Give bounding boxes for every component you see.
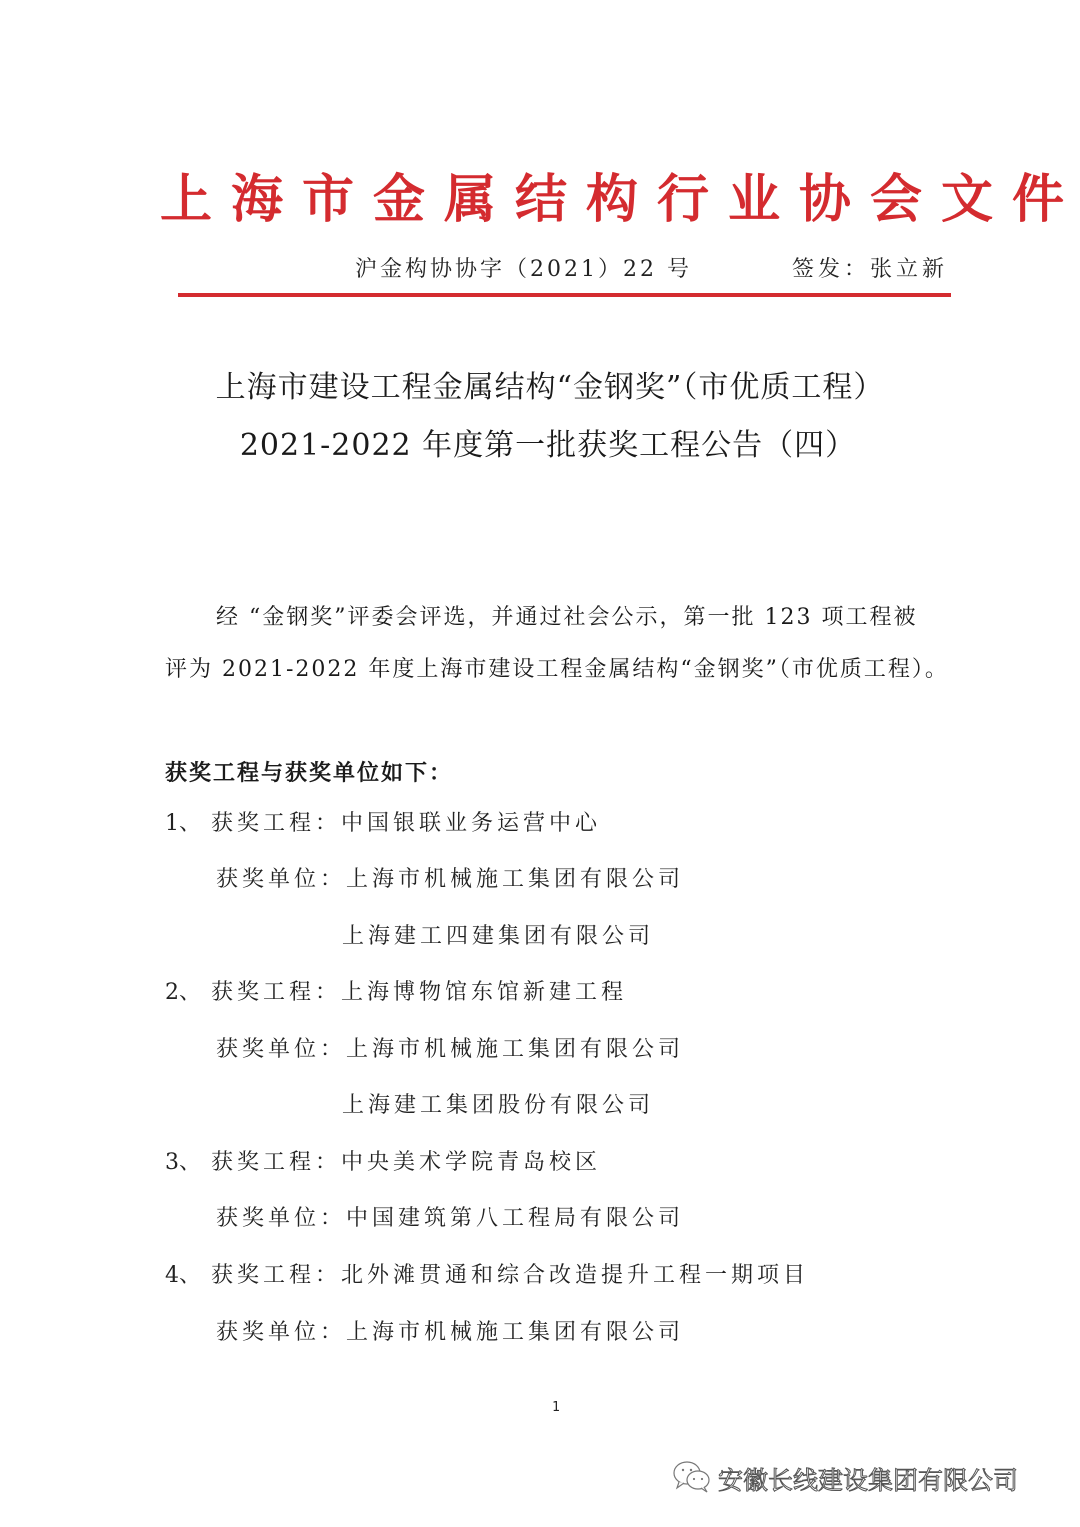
intro-paragraph-line1: 经 “金钢奖”评委会评选，并通过社会公示，第一批 123 项工程被: [216, 600, 917, 631]
award-project-row: 4、获奖工程：北外滩贯通和综合改造提升工程一期项目: [165, 1258, 809, 1289]
project-name: 上海博物馆东馆新建工程: [341, 980, 627, 1005]
document-title-line1: 上海市建设工程金属结构“金钢奖”（市优质工程）: [10, 362, 1080, 406]
award-unit-row: 获奖单位：上海市机械施工集团有限公司: [216, 1315, 684, 1346]
unit-label: 获奖单位：: [216, 1037, 346, 1062]
award-project-row: 1、获奖工程：中国银联业务运营中心: [165, 806, 601, 837]
project-label: 获奖工程：: [211, 1150, 341, 1175]
header-divider: [178, 293, 951, 297]
unit-label: 获奖单位：: [216, 1320, 346, 1345]
page-number: 1: [552, 1400, 560, 1415]
intro-paragraph-line2: 评为 2021-2022 年度上海市建设工程金属结构“金钢奖”（市优质工程）。: [165, 652, 949, 683]
project-label: 获奖工程：: [211, 980, 341, 1005]
award-unit-row: 上海建工集团股份有限公司: [342, 1088, 654, 1119]
project-name: 北外滩贯通和综合改造提升工程一期项目: [341, 1263, 809, 1288]
source-watermark: 安徽长线建设集团有限公司: [672, 1460, 1018, 1498]
document-number: 沪金构协协字（2021）22 号: [355, 252, 692, 283]
award-unit-row: 获奖单位：中国建筑第八工程局有限公司: [216, 1201, 684, 1232]
document-page: 上海市金属结构行业协会文件 沪金构协协字（2021）22 号 签发：张立新 上海…: [0, 0, 1080, 1527]
award-index: 1、: [165, 806, 211, 837]
unit-name: 中国建筑第八工程局有限公司: [346, 1206, 684, 1231]
unit-name: 上海建工集团股份有限公司: [342, 1093, 654, 1118]
unit-name: 上海市机械施工集团有限公司: [346, 867, 684, 892]
award-index: 3、: [165, 1145, 211, 1176]
unit-name: 上海市机械施工集团有限公司: [346, 1320, 684, 1345]
unit-name: 上海市机械施工集团有限公司: [346, 1037, 684, 1062]
unit-label: 获奖单位：: [216, 867, 346, 892]
section-heading: 获奖工程与获奖单位如下：: [165, 756, 453, 787]
project-name: 中央美术学院青岛校区: [341, 1150, 601, 1175]
award-project-row: 2、获奖工程：上海博物馆东馆新建工程: [165, 975, 627, 1006]
award-index: 4、: [165, 1258, 211, 1289]
award-project-row: 3、获奖工程：中央美术学院青岛校区: [165, 1145, 601, 1176]
award-unit-row: 获奖单位：上海市机械施工集团有限公司: [216, 1032, 684, 1063]
project-label: 获奖工程：: [211, 811, 341, 836]
award-index: 2、: [165, 975, 211, 1006]
award-unit-row: 获奖单位：上海市机械施工集团有限公司: [216, 862, 684, 893]
unit-label: 获奖单位：: [216, 1206, 346, 1231]
signer: 签发：张立新: [792, 252, 948, 283]
watermark-text: 安徽长线建设集团有限公司: [718, 1461, 1018, 1497]
project-name: 中国银联业务运营中心: [341, 811, 601, 836]
unit-name: 上海建工四建集团有限公司: [342, 924, 654, 949]
org-header-title: 上海市金属结构行业协会文件: [160, 168, 960, 232]
wechat-icon: [672, 1460, 712, 1498]
award-unit-row: 上海建工四建集团有限公司: [342, 919, 654, 950]
document-title-line2: 2021-2022 年度第一批获奖工程公告（四）: [8, 420, 1080, 464]
project-label: 获奖工程：: [211, 1263, 341, 1288]
